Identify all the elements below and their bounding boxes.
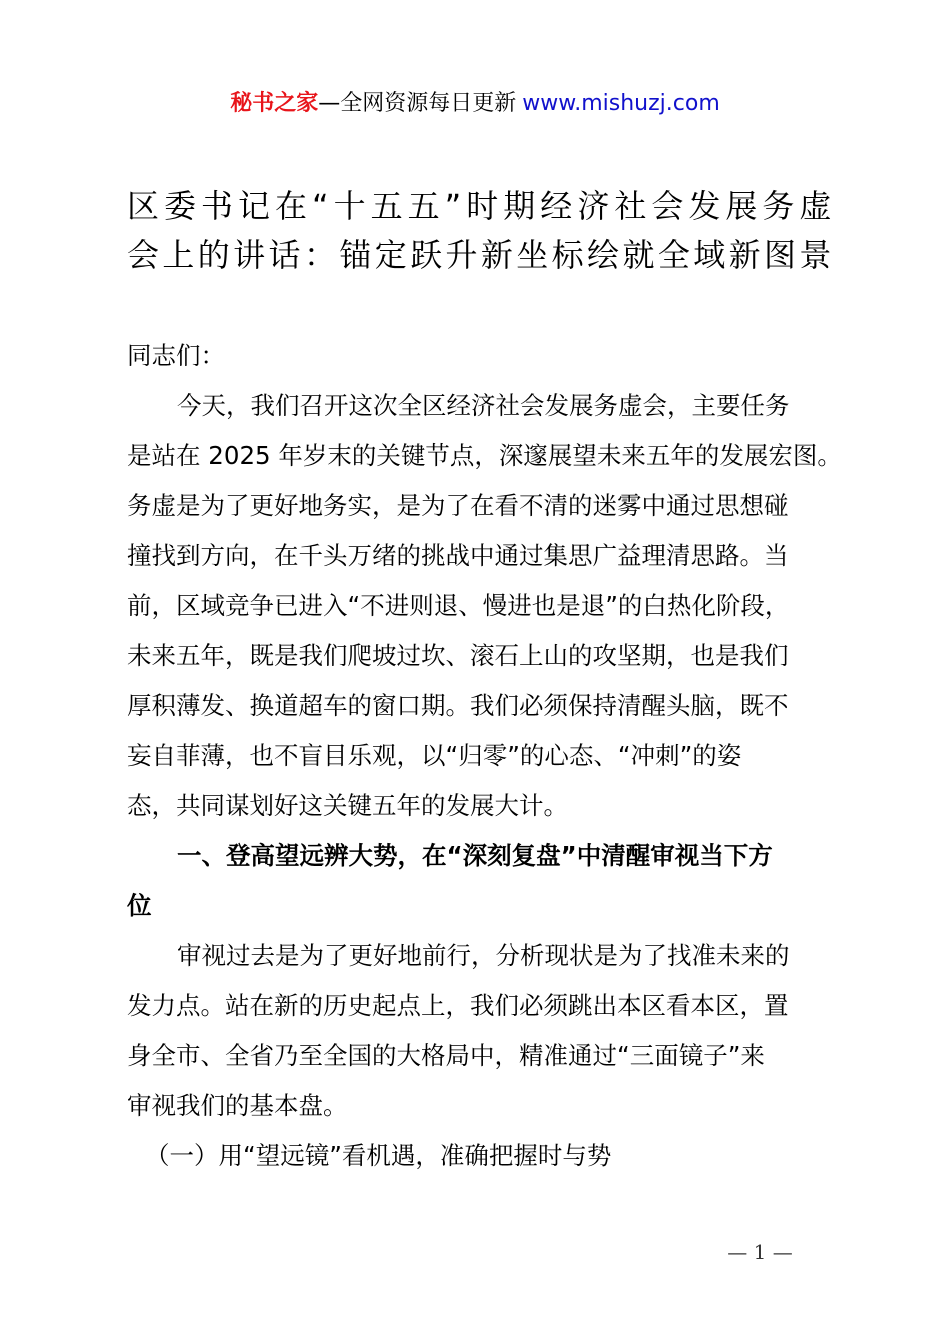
salutation: 同志们： (127, 331, 832, 381)
title-line: 会上的讲话：锚定跃升新坐标绘就全域新图景 (127, 231, 832, 280)
banner-tagline: —全网资源每日更新 (318, 91, 516, 116)
page-number: — 1 — (720, 1240, 800, 1264)
subheading-line: （一）用“望远镜”看机遇，准确把握时与势 (127, 1131, 832, 1181)
brand-name: 秘书之家 (230, 91, 318, 116)
site-url-link[interactable]: www.mishuzj.com (522, 91, 719, 116)
paragraph-line: 今天，我们召开这次全区经济社会发展务虚会，主要任务 (127, 381, 832, 431)
paragraph-line: 审视过去是为了更好地前行，分析现状是为了找准未来的 (127, 931, 832, 981)
document-page: 秘书之家—全网资源每日更新www.mishuzj.com 区委书记在“十五五”时… (0, 0, 950, 1344)
paragraph-line: 态，共同谋划好这关键五年的发展大计。 (127, 781, 832, 831)
paragraph-line: 撞找到方向，在千头万绪的挑战中通过集思广益理清思路。当 (127, 531, 832, 581)
heading-line: 位 (127, 881, 832, 931)
paragraph-line: 未来五年，既是我们爬坡过坎、滚石上山的攻坚期，也是我们 (127, 631, 832, 681)
paragraph-review: 审视过去是为了更好地前行，分析现状是为了找准未来的 发力点。站在新的历史起点上，… (127, 931, 832, 1131)
heading-line: 一、登高望远辨大势，在“深刻复盘”中清醒审视当下方 (127, 831, 832, 881)
paragraph-intro: 今天，我们召开这次全区经济社会发展务虚会，主要任务 是站在 2025 年岁末的关… (127, 381, 832, 831)
paragraph-line: 前，区域竞争已进入“不进则退、慢进也是退”的白热化阶段， (127, 581, 832, 631)
site-banner: 秘书之家—全网资源每日更新www.mishuzj.com (0, 88, 950, 120)
paragraph-line: 厚积薄发、换道超车的窗口期。我们必须保持清醒头脑，既不 (127, 681, 832, 731)
paragraph-line: 妄自菲薄，也不盲目乐观，以“归零”的心态、“冲刺”的姿 (127, 731, 832, 781)
paragraph-line: 务虚是为了更好地务实，是为了在看不清的迷雾中通过思想碰 (127, 481, 832, 531)
subsection-heading: （一）用“望远镜”看机遇，准确把握时与势 (127, 1131, 832, 1181)
section-heading-1: 一、登高望远辨大势，在“深刻复盘”中清醒审视当下方 位 (127, 831, 832, 931)
paragraph-line: 审视我们的基本盘。 (127, 1081, 832, 1131)
paragraph-line: 身全市、全省乃至全国的大格局中，精准通过“三面镜子”来 (127, 1031, 832, 1081)
document-body: 同志们： 今天，我们召开这次全区经济社会发展务虚会，主要任务 是站在 2025 … (127, 331, 832, 1181)
paragraph-line: 是站在 2025 年岁末的关键节点，深邃展望未来五年的发展宏图。 (127, 431, 832, 481)
paragraph-line: 发力点。站在新的历史起点上，我们必须跳出本区看本区，置 (127, 981, 832, 1031)
document-title: 区委书记在“十五五”时期经济社会发展务虚 会上的讲话：锚定跃升新坐标绘就全域新图… (127, 182, 832, 280)
title-line: 区委书记在“十五五”时期经济社会发展务虚 (127, 182, 832, 231)
